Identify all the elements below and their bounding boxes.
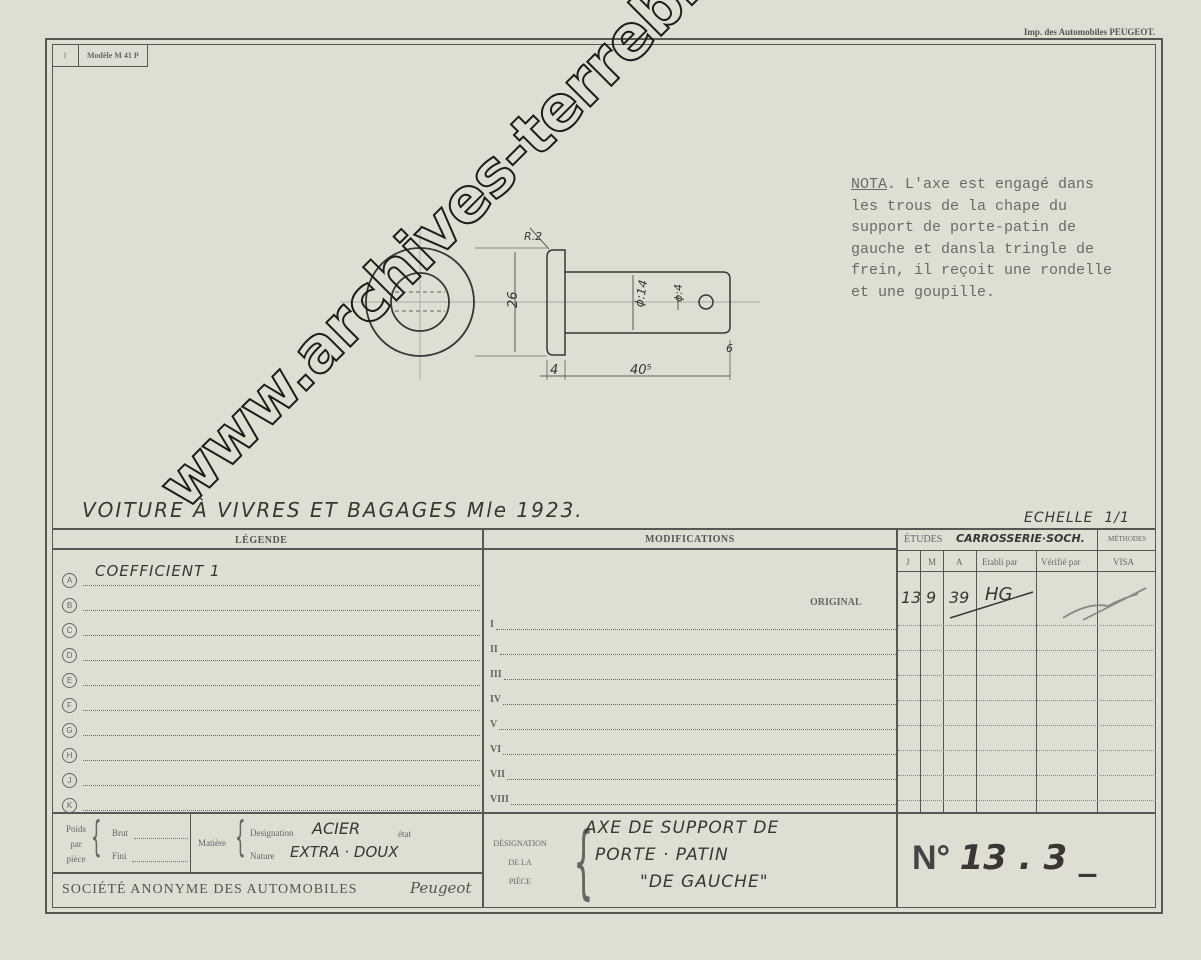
dim-hole-offset: 6 <box>726 342 733 355</box>
etudes-row-rule <box>898 725 1156 727</box>
lower-block-rule <box>52 812 1156 814</box>
divider-mod-etudes <box>896 530 898 908</box>
dim-shaft-diameter: ϕ:14 <box>632 279 651 308</box>
legend-header: LÉGENDE <box>235 535 287 546</box>
nature-label: Nature <box>250 851 275 861</box>
legend-row: H <box>62 737 480 761</box>
drawing-number: N° 13 . 3 _ <box>912 838 1096 878</box>
fini-label: Fini <box>112 851 127 861</box>
part-name-line-1: AXE DE SUPPORT DE <box>585 818 779 838</box>
weight-label: Poidsparpièce <box>63 822 89 867</box>
dim-hole-diameter: ϕ:4 <box>672 284 685 302</box>
scale: ECHELLE 1/1 <box>1024 510 1130 526</box>
etudes-row-rule <box>898 700 1156 702</box>
legend-row: F <box>62 687 480 711</box>
methodes-label: MÉTHODES <box>1108 535 1146 543</box>
number-prefix: N° <box>912 839 950 877</box>
dim-head-thickness: 4 <box>550 363 558 378</box>
titleblock-top-rule <box>52 528 1156 530</box>
drawing-sheet: Imp. des Automobiles PEUGEOT. 1 Modèle M… <box>0 0 1201 960</box>
etudes-col <box>1155 530 1156 812</box>
col-etabli: Etabli par <box>982 557 1017 567</box>
col-visa: VISA <box>1113 557 1134 567</box>
brand-logo: Peugeot <box>410 879 472 897</box>
header-rule <box>52 548 896 550</box>
scale-value: 1/1 <box>1104 510 1130 526</box>
modifications-header: MODIFICATIONS <box>645 534 735 545</box>
fini-field <box>132 861 188 862</box>
legend-row: G <box>62 712 480 736</box>
col-a: A <box>956 557 963 567</box>
modification-row: II <box>490 631 896 655</box>
signature-marks <box>948 580 1158 630</box>
modification-row: III <box>490 656 896 680</box>
modification-row: VI <box>490 731 896 755</box>
brut-field <box>134 838 188 839</box>
modification-row: IV <box>490 681 896 705</box>
dim-shaft-length: 40⁵ <box>630 363 652 378</box>
etudes-rule <box>898 571 1156 572</box>
matiere-label: Matière <box>198 838 226 848</box>
col-m: M <box>928 557 936 567</box>
legend-row: J <box>62 762 480 786</box>
etudes-col <box>943 550 944 812</box>
legend-row: C <box>62 612 480 636</box>
modification-row: VIII <box>490 781 896 805</box>
modification-row: V <box>490 706 896 730</box>
scale-label: ECHELLE <box>1024 510 1093 526</box>
etudes-rule <box>898 550 1156 551</box>
legend-row: D <box>62 637 480 661</box>
part-name-line-2: PORTE · PATIN <box>595 845 729 865</box>
designation-value: ACIER <box>312 819 360 838</box>
etudes-row-rule <box>898 800 1156 802</box>
etudes-row-rule <box>898 650 1156 652</box>
brace: { <box>91 812 102 861</box>
etudes-label: ÉTUDES <box>904 534 942 545</box>
etudes-col <box>1097 530 1098 812</box>
legend-row: K <box>62 787 480 811</box>
modification-row: I <box>490 606 896 630</box>
legend-row: E <box>62 662 480 686</box>
legend-a-text: COEFFICIENT 1 <box>95 562 221 580</box>
vehicle-title: VOITURE À VIVRES ET BAGAGES Mle 1923. <box>82 498 584 522</box>
dim-head-diameter: 26 <box>506 291 521 308</box>
col-j: J <box>906 557 910 567</box>
brace: { <box>235 812 246 861</box>
dim-radius: R.2 <box>524 230 542 243</box>
brut-label: Brut <box>112 828 128 838</box>
modification-row: VII <box>490 756 896 780</box>
part-name-line-3: "DE GAUCHE" <box>640 872 769 892</box>
divider-legend-mod <box>482 530 484 908</box>
etudes-row-rule <box>898 675 1156 677</box>
company-rule <box>52 872 482 874</box>
etat-label: état <box>398 829 411 839</box>
part-designation-label: DÉSIGNATIONDE LAPIÈCE <box>490 834 550 891</box>
designation-label: Designation <box>250 828 294 838</box>
company-name: SOCIÉTÉ ANONYME DES AUTOMOBILES <box>62 882 358 898</box>
nature-value: EXTRA · DOUX <box>290 843 399 861</box>
date-month: 9 <box>926 588 936 607</box>
etudes-row-rule <box>898 775 1156 777</box>
col-verifie: Vérifié par <box>1041 557 1080 567</box>
legend-row: B <box>62 587 480 611</box>
number-value: 13 . 3 _ <box>960 838 1096 878</box>
date-day: 13 <box>901 588 921 607</box>
etudes-row-rule <box>898 750 1156 752</box>
weight-material-divider <box>190 814 191 872</box>
etudes-department: CARROSSERIE·SOCH. <box>956 532 1085 545</box>
